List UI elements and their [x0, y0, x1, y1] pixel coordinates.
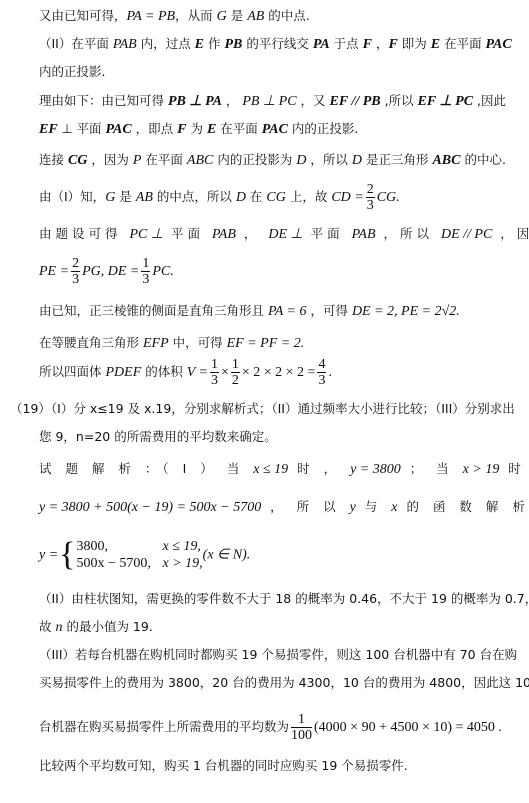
math: DE = 2, PE = 2√2.	[352, 304, 460, 319]
math: F	[177, 122, 186, 137]
text: 在平面	[141, 152, 186, 167]
piecewise-cases: 3800,x ≤ 19,500x − 5700,x > 19,	[77, 538, 203, 572]
text-line-16: y = 3800 + 500(x − 19) = 500x − 5700 ， 所…	[39, 499, 529, 516]
math: PB ⊥ PA	[168, 94, 222, 109]
text: （III）若每台机器在购机同时都购买 19 个易损零件，则这 100 台机器中有…	[39, 647, 517, 662]
denominator: 3	[141, 272, 150, 287]
denominator: 3	[366, 198, 375, 213]
text: 的体积	[141, 364, 186, 379]
text: 试 题 解 析 ：（ I ） 当	[39, 461, 253, 476]
text-line-9: PE =23PG, DE =13PC.	[39, 256, 174, 287]
text: ，	[372, 36, 388, 51]
math: F	[363, 37, 372, 52]
text: ,所以	[381, 93, 418, 108]
text: ，从而	[175, 8, 216, 23]
math: F	[388, 37, 397, 52]
math: PA = PB	[127, 9, 176, 24]
math: PC ⊥	[129, 227, 163, 242]
math: (4000 × 90 + 4500 × 10) = 4050 .	[314, 720, 502, 735]
math: .	[328, 365, 332, 380]
text: 时 ，	[288, 461, 350, 476]
text: ，所以	[306, 152, 351, 167]
numerator: 4	[317, 357, 326, 373]
text: 又由已知可得，	[39, 8, 127, 23]
numerator: 2	[71, 256, 80, 272]
text: ，因此	[492, 226, 529, 241]
math: CD =	[331, 190, 363, 205]
fraction: 13	[210, 357, 219, 388]
text: ，	[236, 226, 268, 241]
text: ，因为	[87, 152, 132, 167]
numerator: 1	[231, 357, 240, 373]
text: 的中心.	[460, 152, 505, 167]
fraction: 23	[71, 256, 80, 287]
text-line-7: 由（I）知，G 是 AB 的中点，所以 D 在 CG 上，故 CD =23CG.	[39, 182, 400, 213]
text-line-12: 所以四面体 PDEF 的体积 V =13×12× 2 × 2 × 2 =43.	[39, 357, 332, 388]
text-line-8: 由题设可得 PC ⊥ 平面 PAB ， DE ⊥ 平面 PAB ，所以 DE /…	[39, 226, 529, 243]
text: 平面	[163, 226, 212, 241]
math: × 2 × 2 × 2 =	[242, 365, 316, 380]
text: 买易损零件上的费用为 3800，20 台的费用为 4300，10 台的费用为 4…	[39, 675, 529, 690]
text-line-22: 台机器在购买易损零件上所需费用的平均数为1100(4000 × 90 + 450…	[39, 712, 502, 743]
text-line-15: 试 题 解 析 ：（ I ） 当 x ≤ 19 时 ， y = 3800 ； 当…	[39, 461, 529, 478]
text: 内的正投影为	[213, 152, 296, 167]
math: D	[236, 190, 246, 205]
math: EF	[39, 122, 58, 137]
numerator: 1	[210, 357, 219, 373]
text-line-18: （II）由柱状图知，需更换的零件数不大于 18 的概率为 0.46，不大于 19…	[39, 591, 529, 607]
text: 上，故	[286, 189, 331, 204]
math: DE ⊥	[268, 227, 302, 242]
case-value: 3800,	[77, 538, 163, 555]
text: 在平面	[440, 36, 485, 51]
math: PAB	[212, 227, 236, 242]
math: CG.	[377, 190, 400, 205]
math: ABC	[432, 153, 460, 168]
text: 在	[246, 189, 266, 204]
text: 内的正投影.	[39, 64, 105, 79]
text: 所以四面体	[39, 364, 105, 379]
text: ，即点	[132, 121, 177, 136]
text: 连接	[39, 152, 68, 167]
text: 在等腰直角三角形	[39, 335, 143, 350]
text: 您 9，n=20 的所需费用的平均数来确定。	[39, 429, 277, 444]
text: 的 函 数 解 析 式 为	[398, 499, 529, 514]
math: PG, DE =	[82, 264, 139, 279]
text: （II）由柱状图知，需更换的零件数不大于 18 的概率为 0.46，不大于 19…	[39, 591, 529, 606]
text-line-10: 由已知，正三棱锥的侧面是直角三角形且 PA = 6 ，可得 DE = 2, PE…	[39, 303, 460, 320]
text: ，所以	[376, 226, 441, 241]
text-line-20: （III）若每台机器在购机同时都购买 19 个易损零件，则这 100 台机器中有…	[39, 647, 517, 663]
math: D	[296, 153, 306, 168]
fraction: 23	[366, 182, 375, 213]
text-line-6: 连接 CG ，因为 P 在平面 ABC 内的正投影为 D ，所以 D 是正三角形…	[39, 152, 506, 169]
math: PAC	[486, 37, 512, 52]
math: G	[217, 9, 227, 24]
text: 是	[115, 189, 135, 204]
math: PE =	[39, 264, 69, 279]
math: y =	[39, 548, 58, 563]
numerator: 2	[366, 182, 375, 198]
text-line-4: 理由如下：由已知可得 PB ⊥ PA ， PB ⊥ PC ，又 EF // PB…	[39, 93, 506, 110]
denominator: 3	[210, 373, 219, 388]
text: 时 ，	[499, 461, 529, 476]
numerator: 1	[291, 712, 312, 728]
math: EF // PB	[330, 94, 381, 109]
text-line-14: 您 9，n=20 的所需费用的平均数来确定。	[39, 429, 277, 445]
fraction: 12	[231, 357, 240, 388]
case-condition: x ≤ 19,	[163, 539, 201, 554]
math: y = 3800	[350, 462, 401, 477]
math: EF = PF = 2.	[227, 336, 305, 351]
math: (x ∈ N).	[203, 548, 251, 563]
text-line-13: （19）（I）分 x≤19 及 x.19，分别求解析式；（II）通过频率大小进行…	[10, 401, 515, 417]
text: 由（I）知，	[39, 189, 105, 204]
math: ABC	[187, 153, 213, 168]
text-line-2: （II）在平面 PAB 内，过点 E 作 PB 的平行线交 PA 于点 F ，F…	[39, 36, 512, 53]
text: ，可得	[306, 303, 351, 318]
denominator: 3	[71, 272, 80, 287]
math: x > 19	[463, 462, 500, 477]
math: AB	[247, 9, 264, 24]
math: DE // PC	[441, 227, 492, 242]
text: ，	[222, 93, 242, 108]
text: ； 当	[401, 461, 463, 476]
math: AB	[136, 190, 153, 205]
denominator: 100	[291, 728, 312, 743]
text-line-21: 买易损零件上的费用为 3800，20 台的费用为 4300，10 台的费用为 4…	[39, 675, 529, 691]
text-line-19: 故 n 的最小值为 19.	[39, 619, 153, 636]
text: 平面	[303, 226, 352, 241]
text: 于点	[330, 36, 363, 51]
text-line-17: y ={3800,x ≤ 19,500x − 5700,x > 19,(x ∈ …	[39, 538, 250, 572]
text: 的中点，所以	[153, 189, 236, 204]
fraction: 13	[141, 256, 150, 287]
text: 即为	[398, 36, 431, 51]
text: ,因此	[473, 93, 506, 108]
text: 的平行线交	[242, 36, 312, 51]
text: 故	[39, 619, 55, 634]
math: PA = 6	[268, 304, 307, 319]
text-line-23: 比较两个平均数可知，购买 1 台机器的同时应购买 19 个易损零件.	[39, 758, 408, 774]
text: 是正三角形	[362, 152, 432, 167]
math: EF ⊥ PC	[418, 94, 474, 109]
text: ，又	[297, 93, 330, 108]
fraction: 43	[317, 357, 326, 388]
math: PDEF	[105, 365, 141, 380]
text: 内的正投影.	[288, 121, 358, 136]
math: y = 3800 + 500(x − 19) = 500x − 5700	[39, 500, 261, 515]
text: ， 所 以	[261, 499, 349, 514]
text: 由题设可得	[39, 226, 129, 241]
math: ×	[221, 365, 229, 380]
denominator: 2	[231, 373, 240, 388]
text: 比较两个平均数可知，购买 1 台机器的同时应购买 19 个易损零件.	[39, 758, 408, 773]
text: 与	[356, 499, 391, 514]
math: PAC	[106, 122, 132, 137]
text: 在平面	[216, 121, 261, 136]
numerator: 1	[141, 256, 150, 272]
math: PC.	[152, 264, 173, 279]
math: CG	[68, 153, 87, 168]
text: 的中点.	[264, 8, 309, 23]
text: 内，过点	[137, 36, 195, 51]
math: PAB	[113, 37, 137, 52]
case-condition: x > 19,	[163, 556, 203, 571]
math: x ≤ 19	[253, 462, 288, 477]
text: 的最小值为 19.	[62, 619, 152, 634]
math: V =	[187, 365, 208, 380]
case-value: 500x − 5700,	[77, 555, 163, 572]
fraction: 1100	[291, 712, 312, 743]
text: ⊥ 平面	[58, 121, 106, 136]
math: D	[352, 153, 362, 168]
text-line-3: 内的正投影.	[39, 64, 105, 80]
math: E	[431, 37, 440, 52]
text: 是	[227, 8, 247, 23]
text-line-5: EF ⊥ 平面 PAC ，即点 F 为 E 在平面 PAC 内的正投影.	[39, 121, 358, 138]
text: 由已知，正三棱锥的侧面是直角三角形且	[39, 303, 268, 318]
math: PB ⊥ PC	[242, 94, 296, 109]
text: 中，可得	[169, 335, 227, 350]
text-line-1: 又由已知可得，PA = PB，从而 G 是 AB 的中点.	[39, 8, 310, 25]
denominator: 3	[317, 373, 326, 388]
text: 作	[204, 36, 224, 51]
text-line-11: 在等腰直角三角形 EFP 中，可得 EF = PF = 2.	[39, 335, 304, 352]
text: 台机器在购买易损零件上所需费用的平均数为	[39, 719, 289, 734]
math: PB	[224, 37, 242, 52]
text: 理由如下：由已知可得	[39, 93, 168, 108]
text: 为	[187, 121, 207, 136]
text: （19）（I）分 x≤19 及 x.19，分别求解析式；（II）通过频率大小进行…	[10, 401, 515, 416]
left-brace: {	[59, 538, 75, 572]
math: PA	[313, 37, 330, 52]
math: G	[105, 190, 115, 205]
text: （II）在平面	[39, 36, 113, 51]
math: EFP	[143, 336, 169, 351]
math: PAB	[352, 227, 376, 242]
math: E	[207, 122, 216, 137]
math: E	[195, 37, 204, 52]
math: PAC	[262, 122, 288, 137]
math: CG	[266, 190, 285, 205]
